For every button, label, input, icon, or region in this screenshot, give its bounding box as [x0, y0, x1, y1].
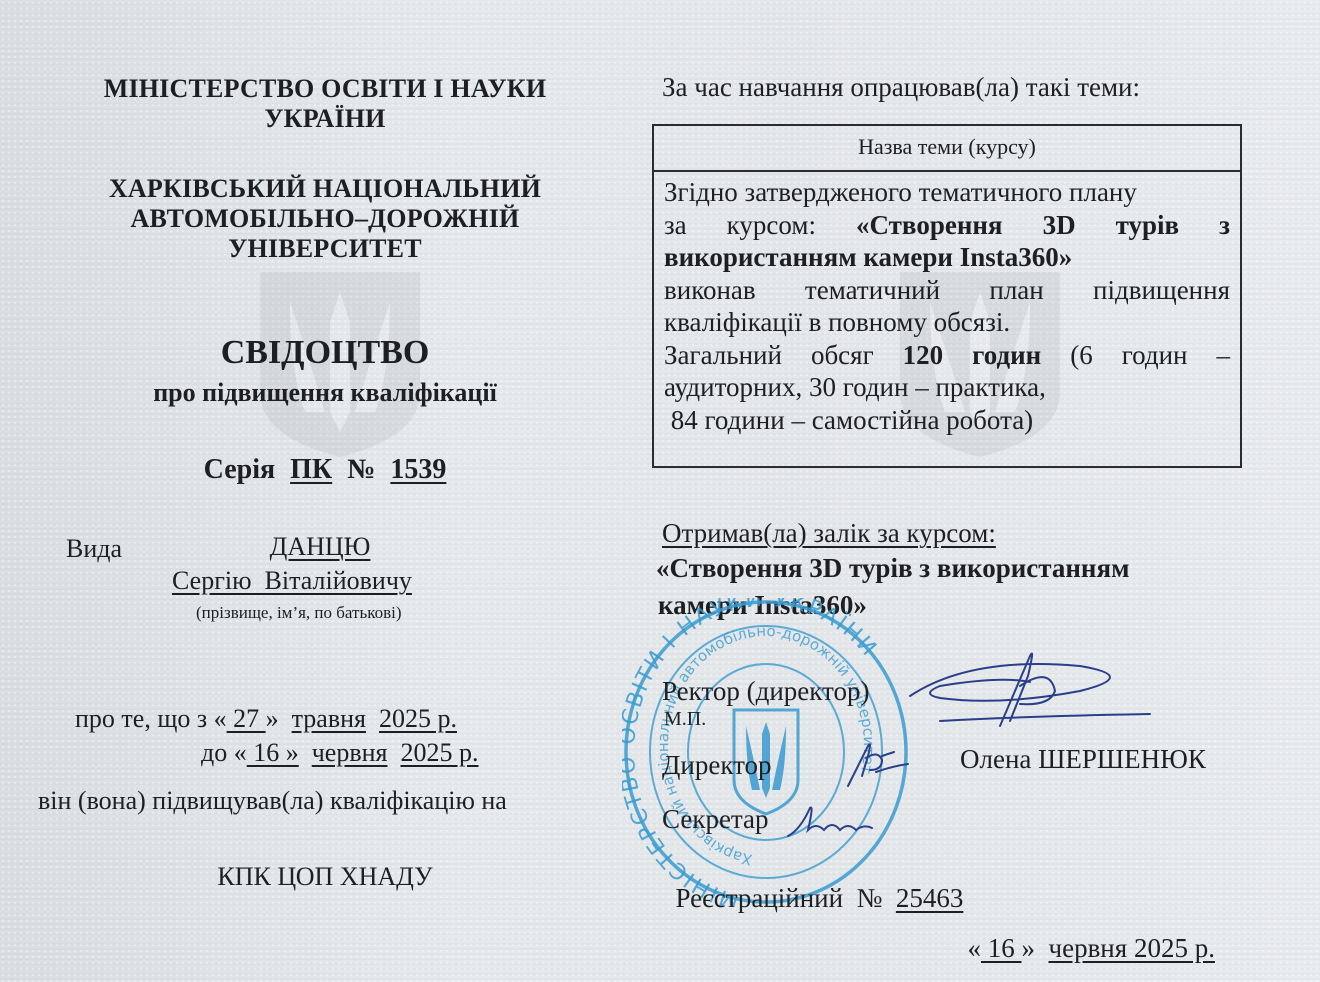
topic-line: 84 години – самостійна робота) — [664, 404, 1230, 437]
registration-line: Реєстраційний № 25463 — [662, 852, 963, 914]
registration-label: Реєстраційний № — [676, 883, 883, 913]
topic-line: аудиторних, 30 годин – практика, — [664, 371, 1230, 404]
date-day: 16 — [981, 933, 1022, 963]
date-prefix: « — [968, 933, 982, 963]
ministry-line-1: МІНІСТЕРСТВО ОСВІТИ І НАУКИ — [60, 74, 590, 104]
date-month: червня — [1049, 933, 1134, 963]
period-to-line: до « 16 » червня 2025 р. — [188, 708, 479, 768]
university-line-1: ХАРКІВСЬКИЙ НАЦІОНАЛЬНИЙ — [60, 174, 590, 204]
topic-line: Загальний обсяг 120 годин (6 годин – — [664, 339, 1230, 372]
director-label: Директор — [662, 750, 772, 781]
recipient-given-names: Сергію Віталійовичу — [172, 566, 412, 596]
series-label: Серія — [204, 454, 276, 485]
rector-signature — [880, 636, 1170, 736]
rector-label: Ректор (директор) — [662, 676, 869, 707]
certificate-title: СВІДОЦТВО — [60, 334, 590, 372]
secretary-label: Секретар — [662, 804, 769, 835]
university-line-3: УНІВЕРСИТЕТ — [60, 234, 590, 264]
topics-table-header: Назва теми (курсу) — [654, 126, 1240, 172]
topics-table-body: Згідно затвердженого тематичного плануза… — [654, 172, 1240, 436]
certificate-subtitle: про підвищення кваліфікації — [60, 378, 590, 408]
topic-line: кваліфікації в повному обсязі. — [664, 306, 1230, 339]
topic-line: Згідно затвердженого тематичного плану — [664, 176, 1230, 209]
institution-name: КПК ЦОП ХНАДУ — [60, 862, 590, 892]
secretary-signature — [780, 800, 880, 850]
topics-table: Назва теми (курсу) Згідно затвердженого … — [652, 124, 1242, 468]
ministry-line-2: УКРАЇНИ — [60, 104, 590, 134]
credit-course-line-1: «Створення 3D турів з використанням — [656, 553, 1129, 584]
director-name: Олена ШЕРШЕНЮК — [960, 744, 1206, 775]
date-suffix: » — [1022, 933, 1036, 963]
to-year: 2025 р. — [401, 738, 479, 767]
issued-label: Вида — [66, 534, 122, 564]
topic-line: використанням камери Insta360» — [664, 241, 1230, 274]
university-heading: ХАРКІВСЬКИЙ НАЦІОНАЛЬНИЙ АВТОМОБІЛЬНО–ДО… — [60, 174, 590, 264]
to-day: 16 » — [247, 738, 299, 767]
certificate-number: 1539 — [390, 454, 446, 485]
recipient-surname: ДАНЦЮ — [256, 532, 384, 562]
director-signature — [838, 736, 918, 796]
series-value: ПК — [290, 454, 332, 485]
to-prefix: до « — [201, 738, 247, 767]
qualification-statement: він (вона) підвищував(ла) кваліфікацію н… — [38, 786, 507, 816]
topic-line: виконав тематичний план підвищення — [664, 274, 1230, 307]
series-number-line: Серія ПК № 1539 — [60, 454, 590, 486]
date-year: 2025 р. — [1134, 933, 1215, 963]
to-month: червня — [312, 738, 388, 767]
university-line-2: АВТОМОБІЛЬНО–ДОРОЖНІЙ — [60, 204, 590, 234]
topics-intro: За час навчання опрацював(ла) такі теми: — [662, 72, 1140, 103]
credit-label: Отримав(ла) залік за курсом: — [662, 518, 996, 549]
name-caption: (прізвище, ім’я, по батькові) — [196, 603, 402, 623]
topic-line: за курсом: «Створення 3D турів з — [664, 209, 1230, 242]
seal-label: М.П. — [664, 708, 706, 731]
issue-date-line: « 16 » червня 2025 р. — [954, 902, 1215, 964]
number-sign: № — [347, 454, 375, 485]
ministry-heading: МІНІСТЕРСТВО ОСВІТИ І НАУКИ УКРАЇНИ — [60, 74, 590, 134]
